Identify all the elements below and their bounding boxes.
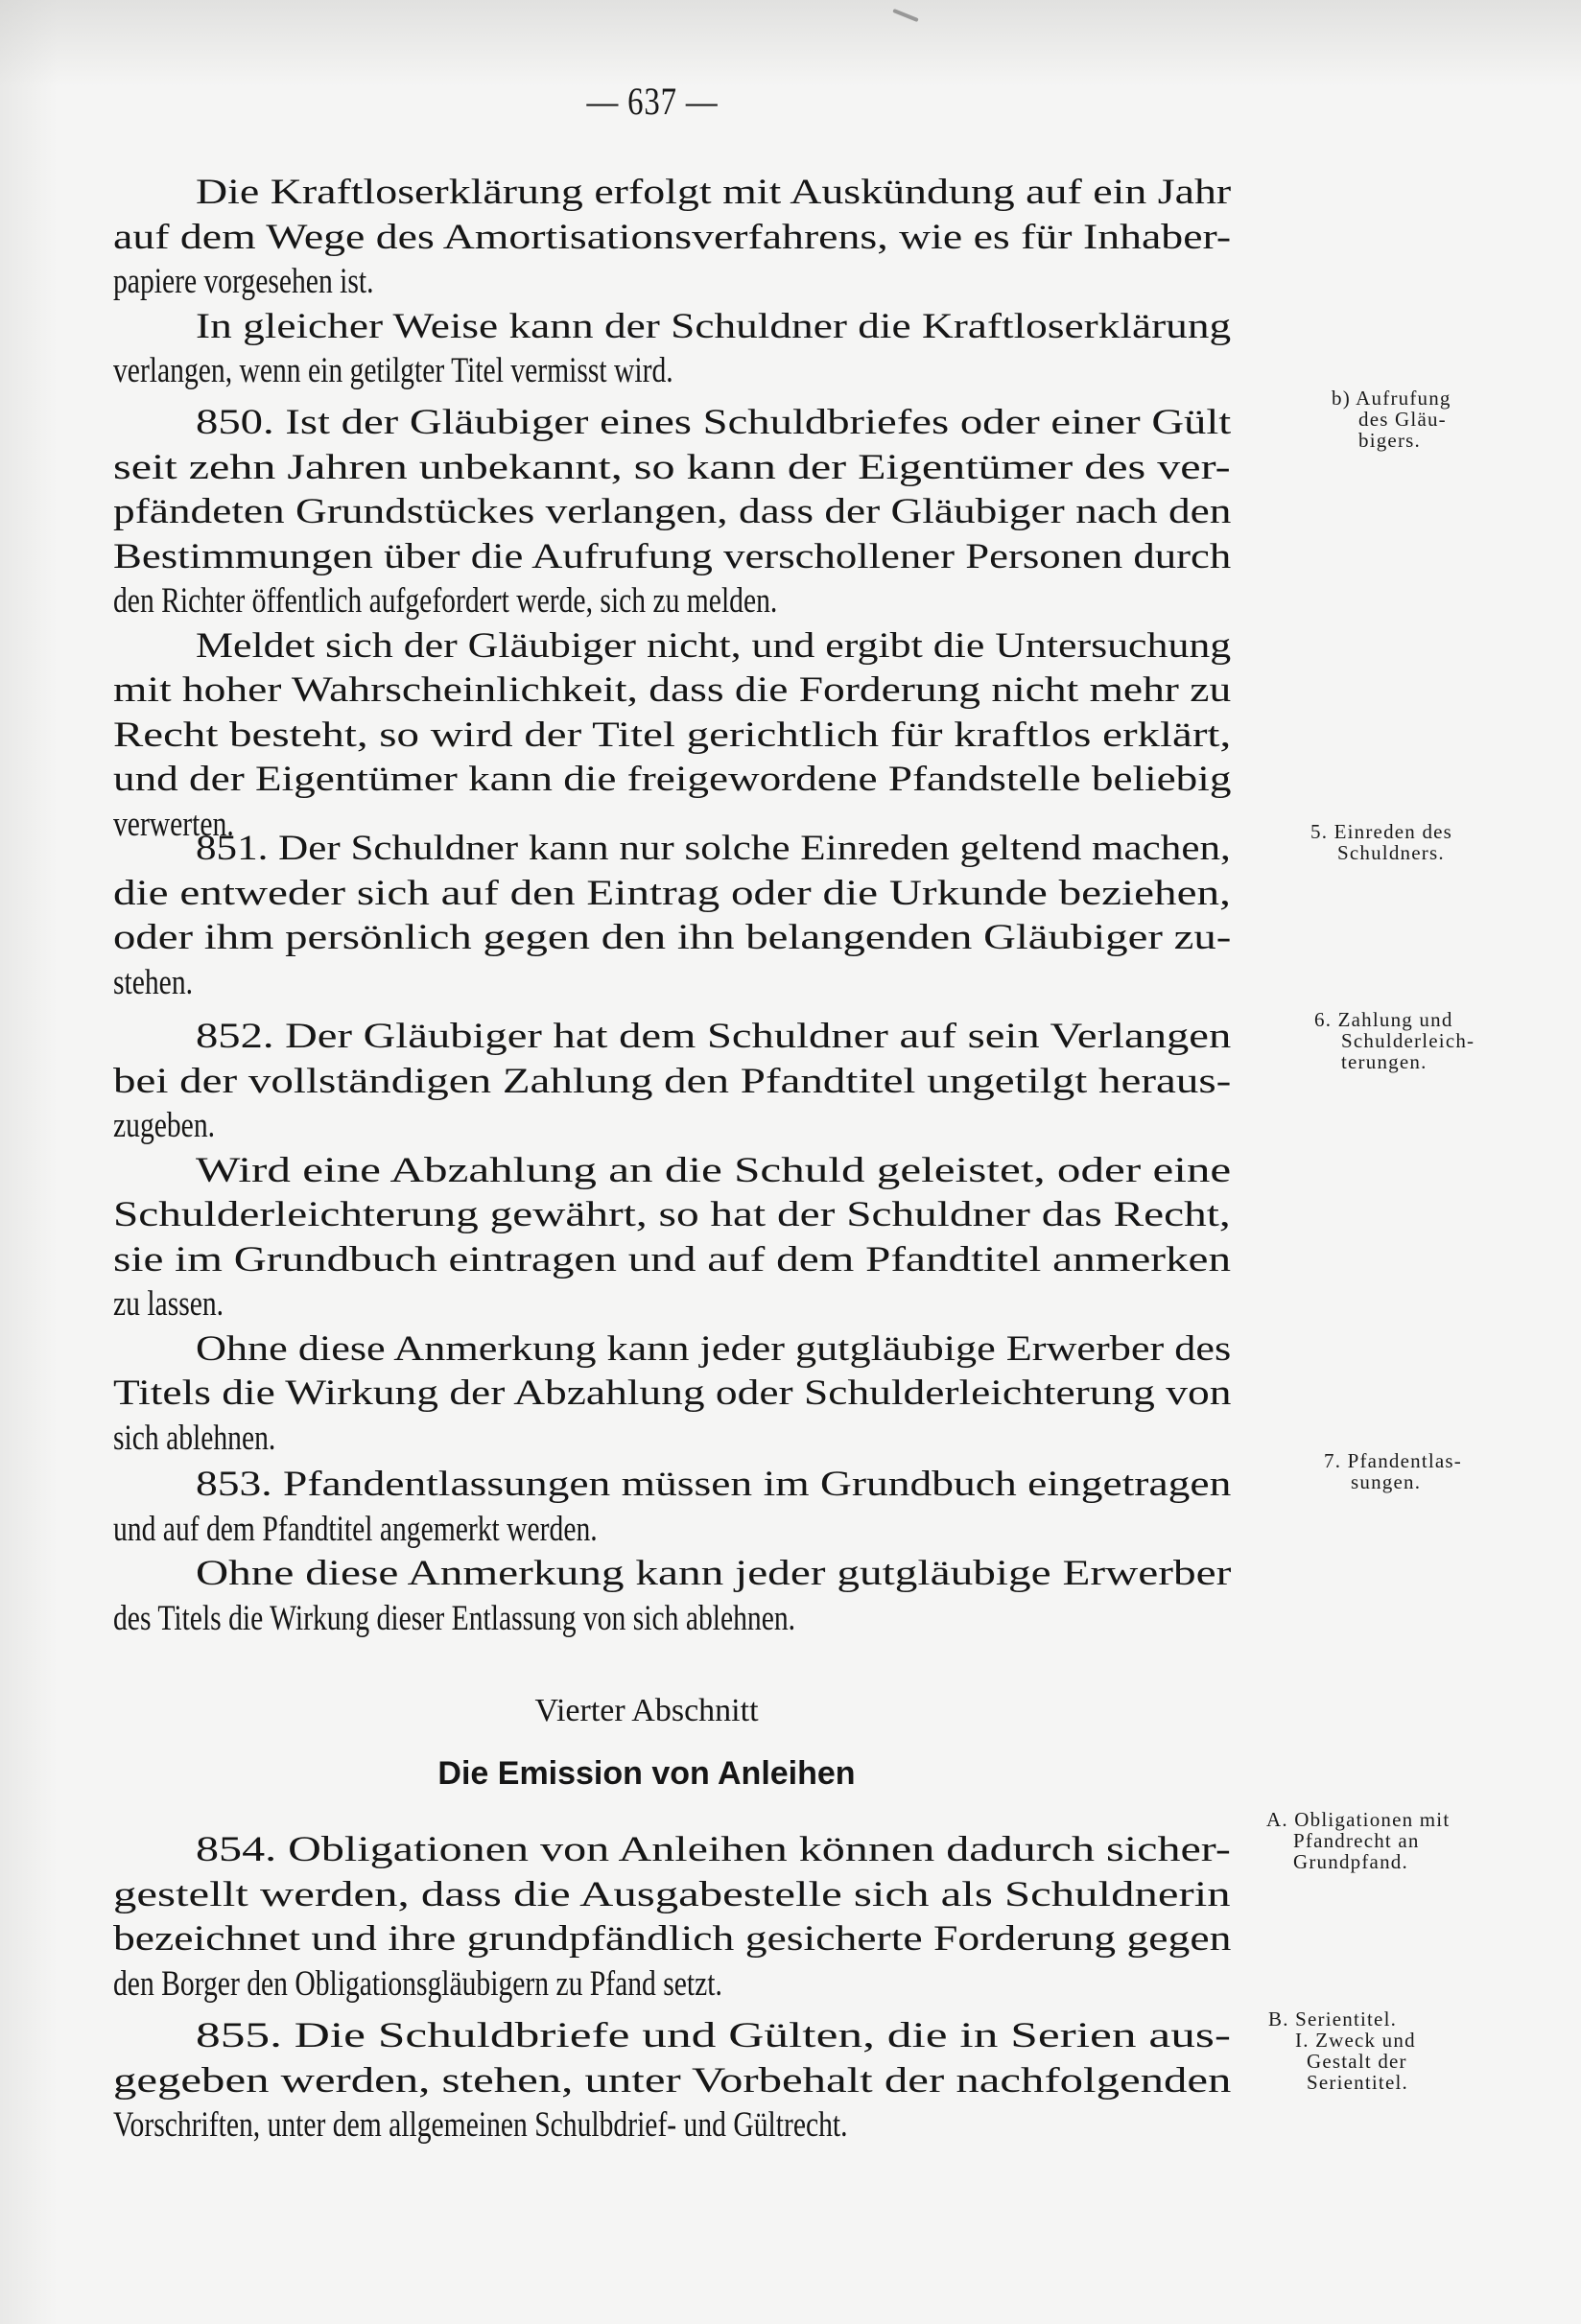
text-line: Titels die Wirkung der Abzahlung oder Sc… [113, 1372, 1231, 1417]
margin-note-line: terungen. [1314, 1051, 1475, 1072]
text-line: gegeben werden, stehen, unter Vorbehalt … [113, 2059, 1231, 2104]
text-line-content: auf dem Wege des Amortisationsverfahrens… [113, 216, 1231, 261]
text-line-content: 855. Die Schuldbriefe und Gülten, die in… [196, 2014, 1231, 2059]
text-line-content: zu lassen. [113, 1282, 224, 1327]
text-line: und der Eigentümer kann die freigeworden… [113, 758, 1231, 803]
margin-note-einreden: 5. Einreden desSchuldners. [1310, 821, 1452, 863]
text-line-content: mit hoher Wahrscheinlichkeit, dass die F… [113, 669, 1231, 714]
section-label: Vierter Abschnitt [0, 1693, 1293, 1729]
text-line-content: die entweder sich auf den Eintrag oder d… [113, 872, 1231, 917]
text-line-content: verlangen, wenn ein getilgter Titel verm… [113, 349, 673, 394]
text-line-content: 854. Obligationen von Anleihen können da… [196, 1828, 1231, 1873]
text-line-content: Schulderleichterung gewährt, so hat der … [113, 1193, 1231, 1238]
text-line-content: Wird eine Abzahlung an die Schuld geleis… [196, 1149, 1231, 1194]
margin-note-line: 5. Einreden des [1310, 821, 1452, 842]
text-line-content: Titels die Wirkung der Abzahlung oder Sc… [113, 1372, 1231, 1417]
text-line-content: papiere vorgesehen ist. [113, 260, 374, 305]
margin-note-line: bigers. [1332, 430, 1451, 451]
text-line: mit hoher Wahrscheinlichkeit, dass die F… [113, 669, 1231, 714]
text-line-content: 851. Der Schuldner kann nur solche Einre… [196, 827, 1231, 872]
text-line: Die Kraftloserklärung erfolgt mit Auskün… [113, 171, 1231, 216]
margin-note-line: 6. Zahlung und [1314, 1009, 1475, 1030]
margin-note-line: 7. Pfandentlas- [1324, 1450, 1462, 1471]
text-line: 854. Obligationen von Anleihen können da… [113, 1828, 1231, 1873]
margin-note-line: Serientitel. [1268, 2072, 1416, 2093]
paragraph-850: 850. Ist der Gläubiger eines Schuldbrief… [113, 401, 1231, 847]
margin-note-line: b) Aufrufung [1332, 387, 1451, 409]
text-line-content: sich ablehnen. [113, 1417, 275, 1462]
text-line-content: sie im Grundbuch eintragen und auf dem P… [113, 1238, 1231, 1283]
text-line: verlangen, wenn ein getilgter Titel verm… [113, 349, 1231, 394]
text-line-content: und auf dem Pfandtitel angemerkt werden. [113, 1508, 598, 1553]
margin-note-line: Pfandrecht an [1266, 1830, 1450, 1851]
margin-note-aufrufung: b) Aufrufungdes Gläu-bigers. [1332, 387, 1451, 451]
paragraph-855: 855. Die Schuldbriefe und Gülten, die in… [113, 2014, 1231, 2148]
text-line: des Titels die Wirkung dieser Entlassung… [113, 1597, 1231, 1642]
margin-note-serientitel: B. Serientitel.I. Zweck undGestalt derSe… [1268, 2008, 1416, 2093]
margin-note-line: des Gläu- [1332, 409, 1451, 430]
text-line-content: Ohne diese Anmerkung kann jeder gutgläub… [196, 1327, 1231, 1373]
text-line-content: Meldet sich der Gläubiger nicht, und erg… [196, 624, 1231, 669]
text-line-content: des Titels die Wirkung dieser Entlassung… [113, 1597, 795, 1642]
text-line: sich ablehnen. [113, 1417, 1231, 1462]
text-line: zu lassen. [113, 1282, 1231, 1327]
text-line: 851. Der Schuldner kann nur solche Einre… [113, 827, 1231, 872]
paragraph-853: 853. Pfandentlassungen müssen im Grundbu… [113, 1463, 1231, 1641]
text-line-content: 852. Der Gläubiger hat dem Schuldner auf… [196, 1015, 1231, 1060]
margin-note-line: Schulderleich- [1314, 1030, 1475, 1051]
paragraph-854: 854. Obligationen von Anleihen können da… [113, 1828, 1231, 2007]
text-line-content: Bestimmungen über die Aufrufung verschol… [113, 535, 1231, 580]
text-line: stehen. [113, 961, 1231, 1006]
paragraph-852: 852. Der Gläubiger hat dem Schuldner auf… [113, 1015, 1231, 1461]
margin-note-line: A. Obligationen mit [1266, 1809, 1450, 1830]
text-line-content: bei der vollständigen Zahlung den Pfandt… [113, 1060, 1231, 1105]
text-line: und auf dem Pfandtitel angemerkt werden. [113, 1508, 1231, 1553]
text-line: papiere vorgesehen ist. [113, 260, 1231, 305]
text-line-content: zugeben. [113, 1104, 215, 1149]
margin-note-zahlung: 6. Zahlung undSchulderleich-terungen. [1314, 1009, 1475, 1072]
text-line: gestellt werden, dass die Ausgabestelle … [113, 1873, 1231, 1918]
text-line-content: 850. Ist der Gläubiger eines Schuldbrief… [196, 401, 1231, 446]
text-line: Ohne diese Anmerkung kann jeder gutgläub… [113, 1327, 1231, 1373]
margin-note-line: I. Zweck und [1268, 2030, 1416, 2051]
text-line-content: oder ihm persönlich gegen den ihn belang… [113, 916, 1231, 961]
margin-note-line: B. Serientitel. [1268, 2008, 1416, 2030]
text-line: seit zehn Jahren unbekannt, so kann der … [113, 446, 1231, 491]
text-line: Recht besteht, so wird der Titel gericht… [113, 714, 1231, 759]
text-line-content: Ohne diese Anmerkung kann jeder gutgläub… [196, 1552, 1231, 1597]
text-line: 855. Die Schuldbriefe und Gülten, die in… [113, 2014, 1231, 2059]
margin-note-line: Schuldners. [1310, 842, 1452, 863]
text-line: Vorschriften, unter dem allgemeinen Schu… [113, 2103, 1231, 2148]
text-line-content: stehen. [113, 961, 193, 1006]
margin-note-pfandentlassungen: 7. Pfandentlas-sungen. [1324, 1450, 1462, 1492]
text-line-content: und der Eigentümer kann die freigeworden… [113, 758, 1231, 803]
text-line: sie im Grundbuch eintragen und auf dem P… [113, 1238, 1231, 1283]
text-line-content: bezeichnet und ihre grundpfändlich gesic… [113, 1917, 1231, 1962]
text-line-content: den Borger den Obligationsgläubigern zu … [113, 1962, 722, 2007]
text-line-content: den Richter öffentlich aufgefordert werd… [113, 579, 777, 624]
text-line: pfändeten Grundstückes verlangen, dass d… [113, 490, 1231, 535]
text-line: oder ihm persönlich gegen den ihn belang… [113, 916, 1231, 961]
text-line-content: seit zehn Jahren unbekannt, so kann der … [113, 446, 1231, 491]
section-title: Die Emission von Anleihen [0, 1755, 1293, 1793]
margin-note-line: sungen. [1324, 1471, 1462, 1492]
paragraph-intro: Die Kraftloserklärung erfolgt mit Auskün… [113, 171, 1231, 394]
margin-note-line: Gestalt der [1268, 2051, 1416, 2072]
page-number: — 637 — [117, 79, 1187, 124]
text-line: auf dem Wege des Amortisationsverfahrens… [113, 216, 1231, 261]
text-line: Ohne diese Anmerkung kann jeder gutgläub… [113, 1552, 1231, 1597]
text-line: bei der vollständigen Zahlung den Pfandt… [113, 1060, 1231, 1105]
text-line: bezeichnet und ihre grundpfändlich gesic… [113, 1917, 1231, 1962]
text-line-content: Recht besteht, so wird der Titel gericht… [113, 714, 1231, 759]
text-line-content: gestellt werden, dass die Ausgabestelle … [113, 1873, 1231, 1918]
text-line: zugeben. [113, 1104, 1231, 1149]
text-line-content: gegeben werden, stehen, unter Vorbehalt … [113, 2059, 1231, 2104]
text-line: In gleicher Weise kann der Schuldner die… [113, 305, 1231, 350]
paragraph-851: 851. Der Schuldner kann nur solche Einre… [113, 827, 1231, 1005]
text-line: Meldet sich der Gläubiger nicht, und erg… [113, 624, 1231, 669]
text-line-content: Die Kraftloserklärung erfolgt mit Auskün… [196, 171, 1231, 216]
text-line: den Borger den Obligationsgläubigern zu … [113, 1962, 1231, 2007]
margin-note-obligationen: A. Obligationen mitPfandrecht anGrundpfa… [1266, 1809, 1450, 1872]
text-line: Bestimmungen über die Aufrufung verschol… [113, 535, 1231, 580]
text-line-content: pfändeten Grundstückes verlangen, dass d… [113, 490, 1231, 535]
text-line-content: In gleicher Weise kann der Schuldner die… [196, 305, 1231, 350]
text-line: Schulderleichterung gewährt, so hat der … [113, 1193, 1231, 1238]
text-line: 850. Ist der Gläubiger eines Schuldbrief… [113, 401, 1231, 446]
text-line-content: 853. Pfandentlassungen müssen im Grundbu… [196, 1463, 1231, 1508]
text-line: Wird eine Abzahlung an die Schuld geleis… [113, 1149, 1231, 1194]
margin-note-line: Grundpfand. [1266, 1851, 1450, 1872]
text-line: 852. Der Gläubiger hat dem Schuldner auf… [113, 1015, 1231, 1060]
text-line: die entweder sich auf den Eintrag oder d… [113, 872, 1231, 917]
text-line-content: Vorschriften, unter dem allgemeinen Schu… [113, 2103, 848, 2148]
text-line: den Richter öffentlich aufgefordert werd… [113, 579, 1231, 624]
text-line: 853. Pfandentlassungen müssen im Grundbu… [113, 1463, 1231, 1508]
